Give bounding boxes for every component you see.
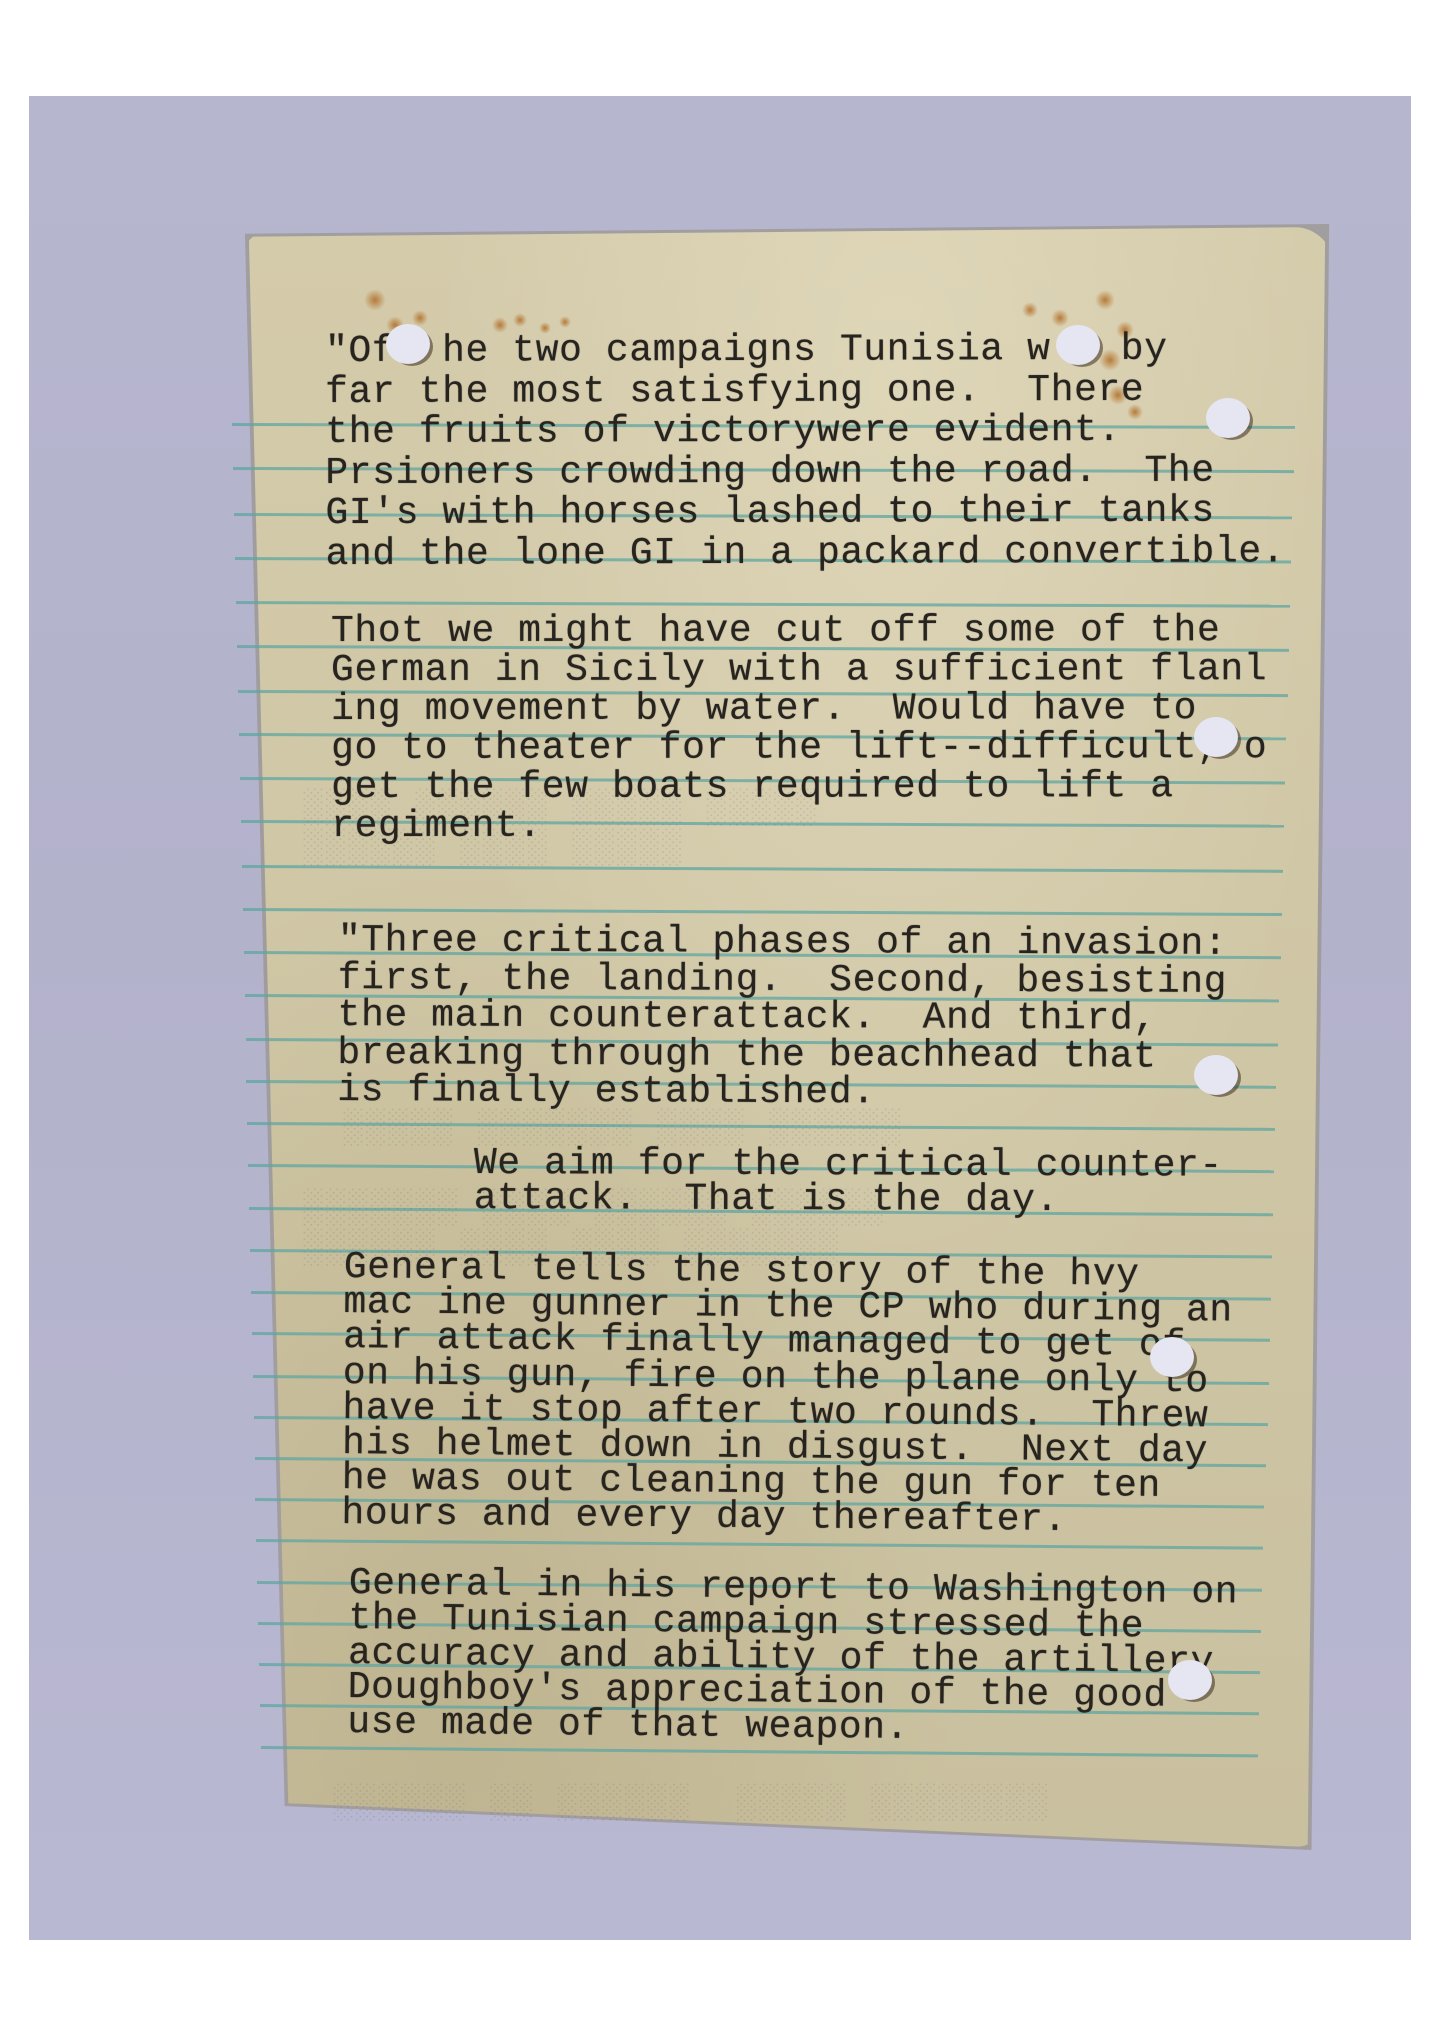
rust-stain (513, 313, 527, 327)
punched-hole (1194, 717, 1238, 757)
text-line: ing movement by water. Would have to (331, 689, 1267, 729)
text-line: and the lone GI in a packard convertible… (326, 532, 1286, 575)
rust-stain (1051, 309, 1069, 327)
text-line: is finally established. (337, 1072, 1226, 1113)
punched-hole (1150, 1337, 1194, 1377)
text-line: GI's with horses lashed to their tanks (325, 492, 1285, 535)
paragraph-invasion-phases: "Three critical phases of an invasion:fi… (337, 922, 1227, 1114)
text-line: go to theater for the lift--difficult, o (331, 728, 1267, 768)
text-line: "Of he two campaigns Tunisia w by (325, 329, 1285, 372)
text-line: far the most satisfying one. There (325, 370, 1285, 413)
text-line: Thot we might have cut off some of the (331, 611, 1267, 651)
bleed-through-line: ░░░░░░░░ ░░░░░ ░░░░░░ ░░ ░░░░░░ (330, 1785, 1047, 1823)
punched-hole (1168, 1660, 1212, 1700)
text-line: Prsioners crowding down the road. The (325, 451, 1285, 494)
paragraph-sicily: Thot we might have cut off some of theGe… (331, 611, 1267, 846)
paragraph-artillery-report: General in his report to Washington onth… (347, 1567, 1238, 1750)
rust-stain (412, 310, 428, 326)
text-line: German in Sicily with a sufficient flanl (331, 650, 1267, 690)
rust-stain (1022, 302, 1038, 318)
paragraph-tunisia: "Of he two campaigns Tunisia w byfar the… (325, 329, 1285, 575)
punched-hole (1056, 325, 1100, 365)
paragraph-counterattack-quote: We aim for the critical counter-attack. … (474, 1146, 1223, 1219)
text-line: get the few boats required to lift a (331, 767, 1267, 807)
punched-hole (386, 324, 430, 364)
punched-hole (1206, 398, 1250, 438)
rust-stain (559, 316, 571, 328)
text-line: regiment. (331, 806, 1267, 846)
punched-hole (1194, 1055, 1238, 1095)
paragraph-machine-gunner: General tells the story of the hvymac in… (341, 1250, 1233, 1540)
rust-stain (1095, 290, 1115, 310)
rust-stain (364, 289, 386, 311)
text-line: the fruits of victorywere evident. (325, 411, 1285, 454)
